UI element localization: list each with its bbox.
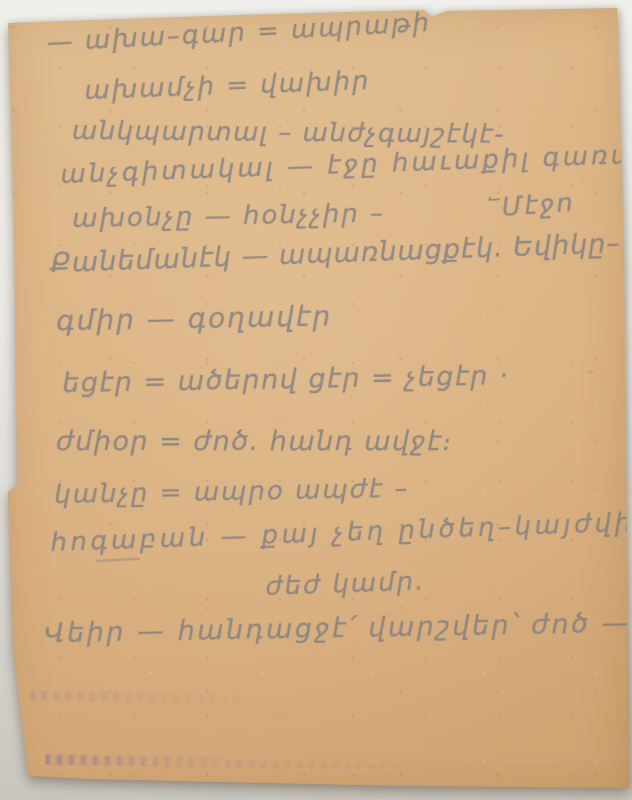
handwritten-line: ախօնչը — հօնչչիր – bbox=[72, 201, 385, 232]
handwritten-line: ժմիօր = ժոծ. հանդ ավջէ։ bbox=[56, 428, 453, 455]
scan-background: — ախա–գար = ապրաթիախամչի = վախիրանկպարտա… bbox=[0, 0, 632, 800]
handwritten-line: հոգաբան — քայ չեղ ընծեղ–կայժվի – bbox=[50, 509, 632, 556]
handwritten-line: ժեժ կամր. bbox=[265, 568, 426, 600]
handwritten-line: ախամչի = վախիր bbox=[84, 68, 371, 104]
handwritten-line: — ախա–գար = ապրաթի bbox=[46, 10, 432, 56]
handwritten-line: ՟Մէջո bbox=[486, 190, 576, 222]
ghost-ink-mark bbox=[30, 690, 265, 705]
handwritten-line: Քանեմանէկ — ապառնացքէկ. Եվիկը– bbox=[50, 230, 621, 277]
pencil-mark: ՛՛ bbox=[586, 372, 598, 384]
handwritten-line: Վեիր — հանդացջէ՛ վարշվեր՝ ժոծ — bbox=[44, 610, 631, 647]
handwritten-line: կանչը = ապրօ ապժէ – bbox=[54, 476, 410, 508]
paper-crease bbox=[330, 756, 632, 774]
paper: — ախա–գար = ապրաթիախամչի = վախիրանկպարտա… bbox=[0, 0, 632, 800]
handwritten-line: անկպարտալ – անժչգայշէկէ- bbox=[72, 118, 506, 148]
handwritten-line: եցէր = ածերով ցէր = չեցէր · bbox=[62, 362, 509, 397]
paper-shadow-wrap: — ախա–գար = ապրաթիախամչի = վախիրանկպարտա… bbox=[0, 0, 632, 800]
pencil-underline bbox=[96, 558, 140, 564]
ghost-ink-mark bbox=[45, 754, 225, 768]
ghost-ink-mark bbox=[225, 760, 475, 770]
handwritten-line: գմիր — գօղավէր bbox=[56, 302, 332, 335]
